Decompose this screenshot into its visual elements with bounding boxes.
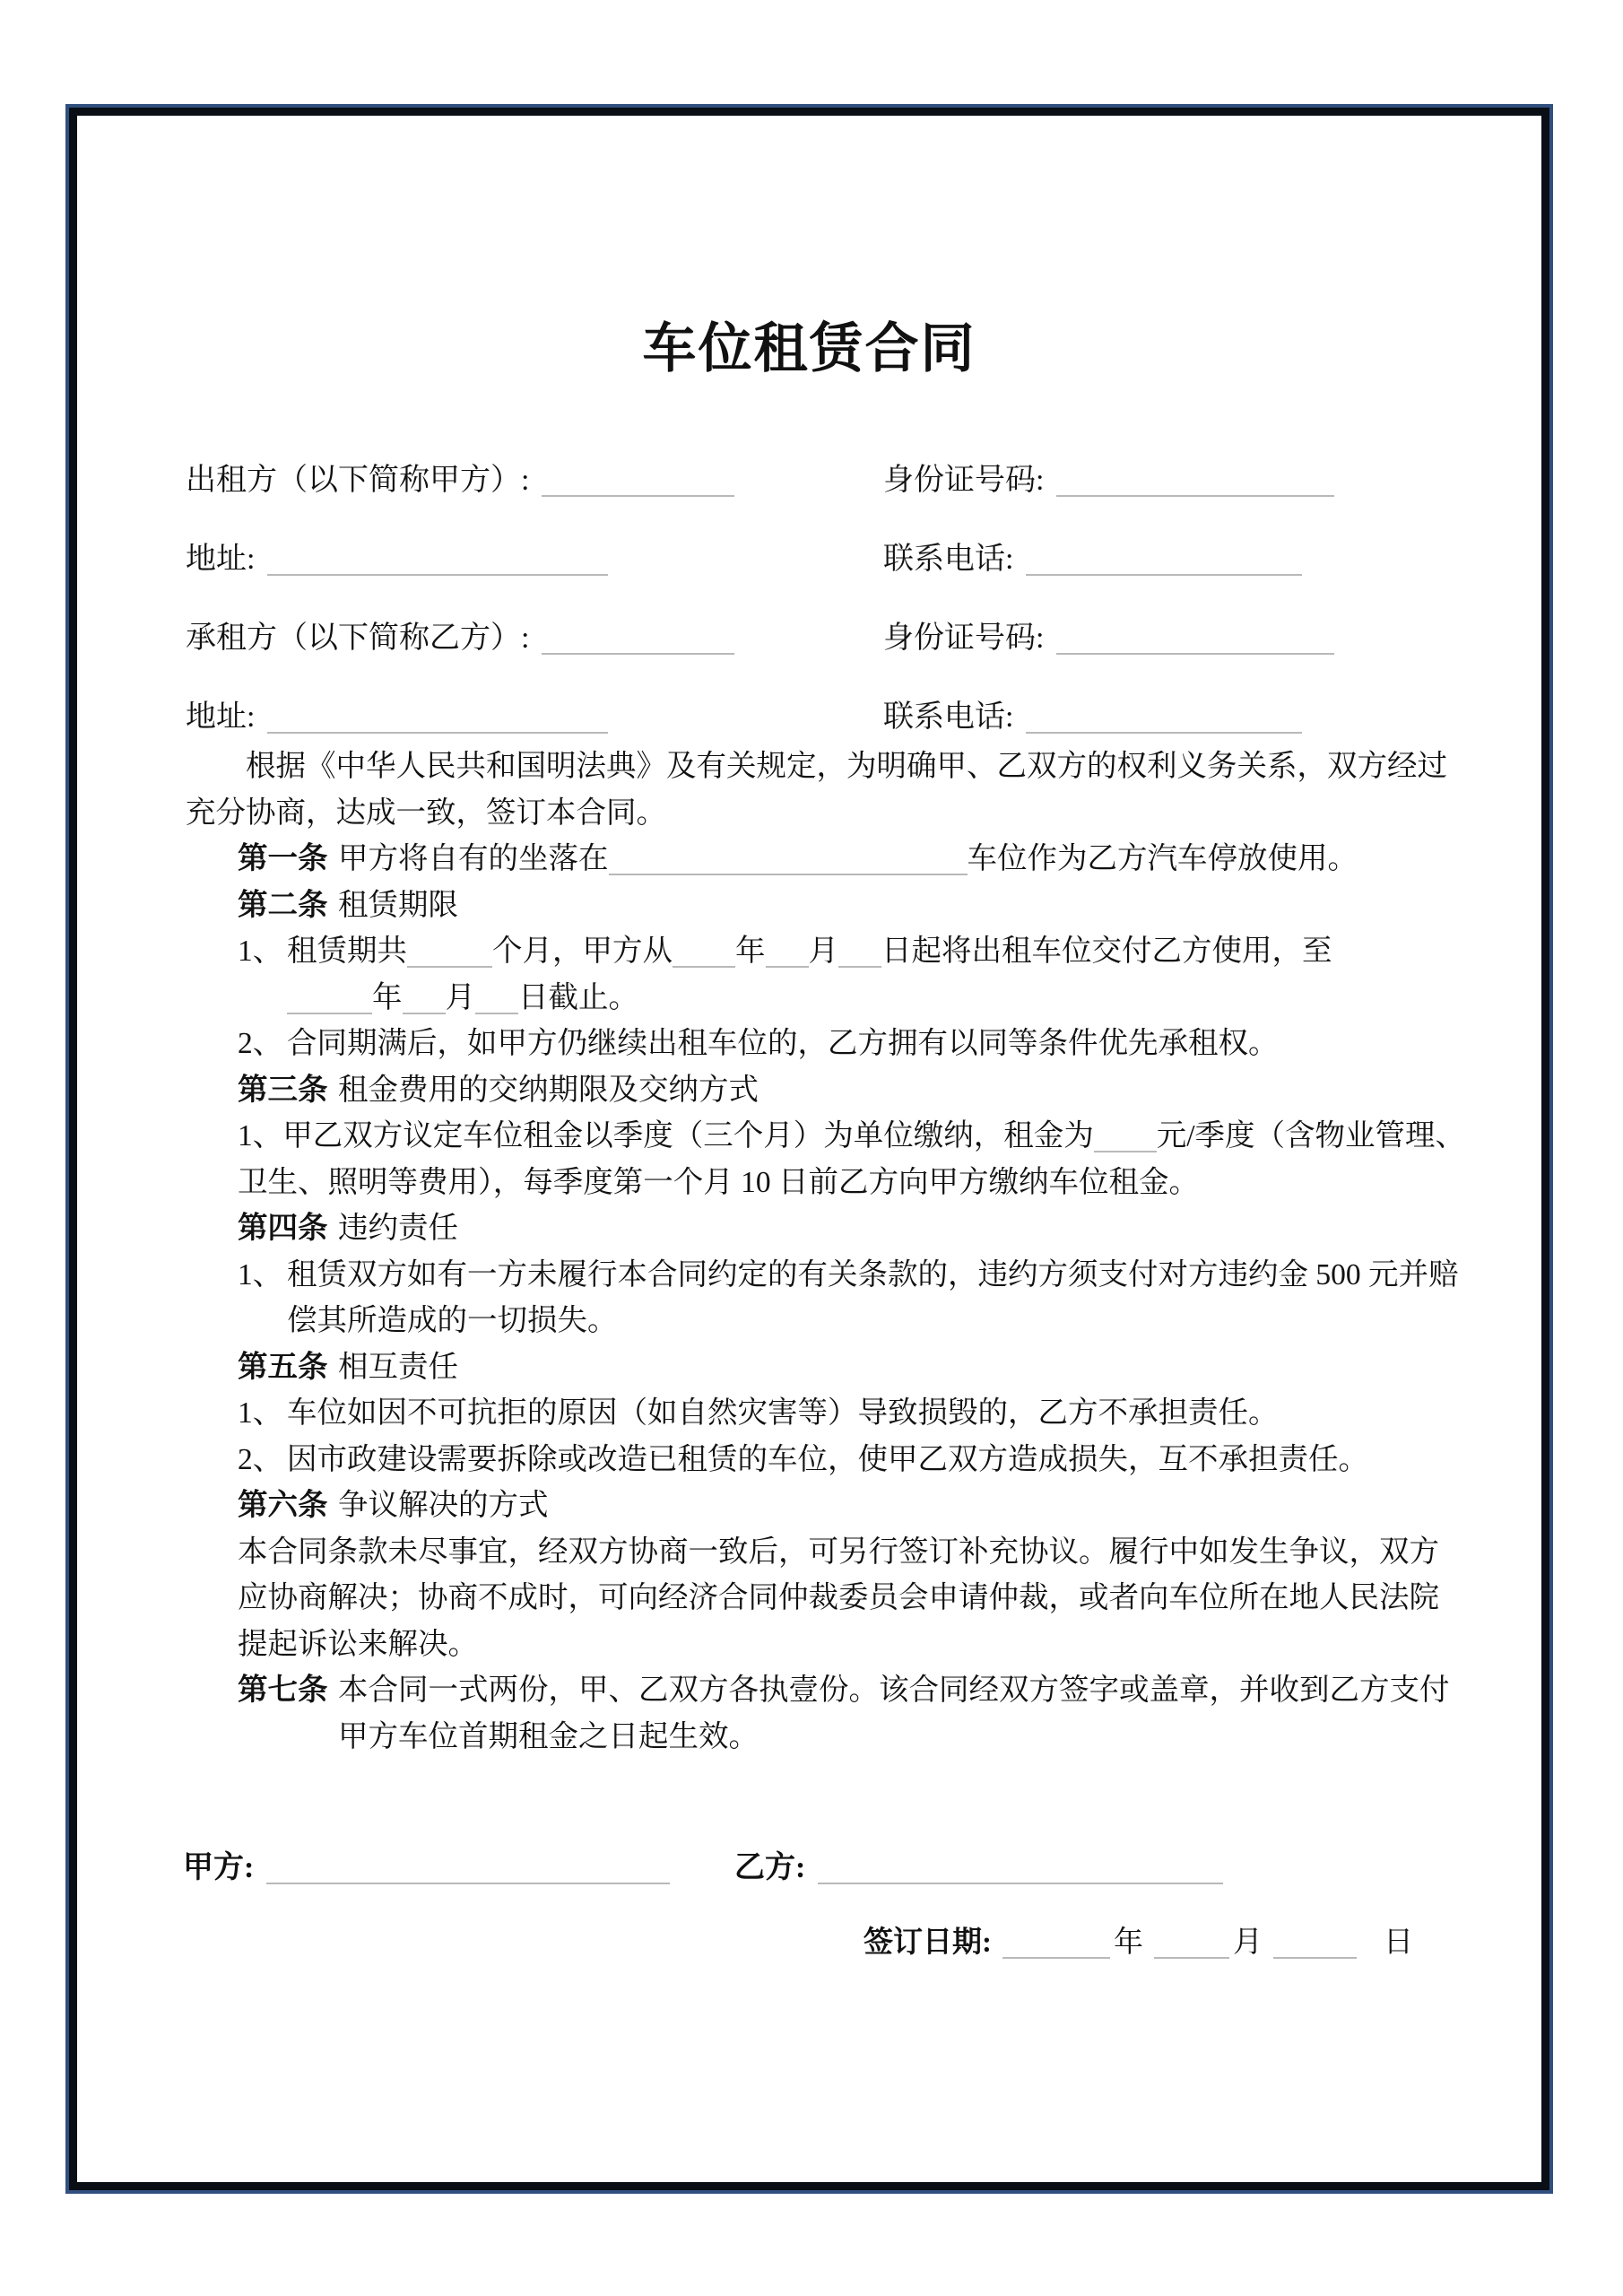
field-blank	[1056, 465, 1334, 497]
text-segment: 个月，甲方从	[492, 935, 673, 968]
party-info-fields: 出租方（以下简称甲方）:身份证号码:地址:联系电话:承租方（以下简称乙方）:身份…	[186, 455, 1515, 770]
numbered-item: 2、因市政建设需要拆除或改造已租赁的车位，使甲乙双方造成损失，互不承担责任。	[238, 1437, 1484, 1483]
field-label: 身份证号码:	[883, 622, 1044, 655]
text-segment: 卫生、照明等费用），每季度第一个月 10 日前乙方向甲方缴纳车位租金。	[238, 1166, 1199, 1199]
field-right: 联系电话:	[883, 691, 1302, 735]
text-segment: 车位如因不可抗拒的原因（如自然灾害等）导致损毁的，乙方不承担责任。	[287, 1396, 1279, 1430]
clause-number-label: 第三条	[238, 1067, 338, 1114]
year-char: 年	[1114, 1926, 1143, 1959]
clause-paragraph: 第三条租金费用的交纳期限及交纳方式	[238, 1067, 1484, 1114]
day-blank	[1273, 1927, 1357, 1959]
field-blank	[1056, 622, 1334, 655]
party-b-sign-blank	[818, 1852, 1223, 1884]
text-segment: 月	[446, 981, 476, 1014]
numbered-item: 1、租赁双方如有一方未履行本合同约定的有关条款的，违约方须支付对方违约金 500…	[238, 1252, 1484, 1344]
text-segment: 元/季度（含物业管理、	[1157, 1119, 1465, 1152]
clause-paragraph: 第一条甲方将自有的坐落在车位作为乙方汽车停放使用。	[238, 836, 1484, 883]
signing-date-row: 签订日期:年月日	[864, 1920, 1413, 1966]
intro-paragraph: 根据《中华人民共和国明法典》及有关规定，为明确甲、乙双方的权利义务关系，双方经过…	[186, 744, 1484, 836]
field-label: 联系电话:	[883, 543, 1013, 576]
field-right: 联系电话:	[883, 534, 1302, 578]
text-segment: 月	[809, 935, 839, 968]
signature-row: 甲方: 乙方:	[183, 1842, 1515, 1896]
item-marker: 1、	[238, 1390, 287, 1437]
field-row: 地址:联系电话:	[186, 534, 1515, 613]
fill-in-blank	[475, 982, 518, 1014]
fill-in-blank	[403, 982, 446, 1014]
fill-in-blank	[766, 936, 809, 969]
field-left: 承租方（以下简称乙方）:	[186, 613, 734, 657]
clause-paragraph: 第四条违约责任	[238, 1205, 1484, 1252]
field-blank	[1026, 544, 1302, 576]
text-segment: 合同期满后，如甲方仍继续出租车位的，乙方拥有以同等条件优先承租权。	[287, 1027, 1279, 1060]
party-a-signature: 甲方:	[183, 1842, 670, 1886]
text-segment: 租金费用的交纳期限及交纳方式	[338, 1074, 759, 1107]
field-label: 承租方（以下简称乙方）:	[186, 622, 529, 655]
text-segment: 违约责任	[338, 1212, 458, 1245]
clause-number-label: 第四条	[238, 1205, 338, 1252]
clause-number-label: 第二条	[238, 883, 338, 929]
signing-date-label: 签订日期:	[864, 1926, 992, 1959]
field-blank	[542, 622, 734, 655]
text-segment: 租赁期共	[287, 935, 407, 968]
month-char: 月	[1233, 1926, 1263, 1959]
contract-page: 车位租赁合同 出租方（以下简称甲方）:身份证号码:地址:联系电话:承租方（以下简…	[69, 108, 1549, 2190]
field-row: 出租方（以下简称甲方）:身份证号码:	[186, 455, 1515, 534]
text-segment: 因市政建设需要拆除或改造已租赁的车位，使甲乙双方造成损失，互不承担责任。	[287, 1443, 1368, 1476]
item-marker: 1、	[238, 928, 287, 975]
fill-in-blank	[407, 936, 492, 969]
text-segment: 偿其所造成的一切损失。	[287, 1304, 618, 1337]
field-left: 出租方（以下简称甲方）:	[186, 455, 734, 499]
clause-number-label: 第七条	[238, 1667, 338, 1714]
field-blank	[267, 544, 608, 576]
day-char: 日	[1384, 1926, 1413, 1959]
clause-number-label: 第六条	[238, 1483, 338, 1529]
party-b-signature: 乙方:	[734, 1842, 1223, 1886]
fill-in-blank	[287, 982, 372, 1014]
text-segment: 年	[372, 981, 403, 1014]
field-blank	[1026, 701, 1302, 734]
text-segment: 提起诉讼来解决。	[238, 1628, 478, 1661]
fill-in-blank	[1094, 1121, 1157, 1153]
contract-body: 根据《中华人民共和国明法典》及有关规定，为明确甲、乙双方的权利义务关系，双方经过…	[186, 744, 1484, 1760]
contract-content: 车位租赁合同 出租方（以下简称甲方）:身份证号码:地址:联系电话:承租方（以下简…	[77, 116, 1541, 2182]
numbered-item: 2、合同期满后，如甲方仍继续出租车位的，乙方拥有以同等条件优先承租权。	[238, 1021, 1484, 1067]
text-segment: 租赁期限	[338, 889, 458, 922]
text-segment: 本合同一式两份，甲、乙双方各执壹份。该合同经双方签字或盖章，并收到乙方支付	[338, 1674, 1450, 1707]
text-segment: 充分协商，达成一致，签订本合同。	[186, 796, 666, 830]
fill-in-blank	[673, 936, 735, 969]
text-segment: 车位作为乙方汽车停放使用。	[968, 842, 1358, 875]
screenshot-root: { "page": { "title": "车位租赁合同", "backgrou…	[0, 0, 1623, 2296]
clause-paragraph: 第二条租赁期限	[238, 883, 1484, 929]
party-a-sign-label: 甲方:	[183, 1851, 254, 1884]
text-segment: 根据《中华人民共和国明法典》及有关规定，为明确甲、乙双方的权利义务关系，双方经过	[246, 750, 1447, 783]
text-segment: 甲方将自有的坐落在	[338, 842, 609, 875]
clause-number-label: 第一条	[238, 836, 338, 883]
field-right: 身份证号码:	[883, 455, 1334, 499]
party-a-sign-blank	[266, 1852, 670, 1884]
clause-paragraph: 第七条本合同一式两份，甲、乙双方各执壹份。该合同经双方签字或盖章，并收到乙方支付…	[238, 1667, 1484, 1760]
body-paragraph: 1、甲乙双方议定车位租金以季度（三个月）为单位缴纳，租金为元/季度（含物业管理、…	[238, 1113, 1484, 1205]
text-segment: 1、甲乙双方议定车位租金以季度（三个月）为单位缴纳，租金为	[238, 1119, 1094, 1152]
field-blank	[267, 701, 608, 734]
text-segment: 租赁双方如有一方未履行本合同约定的有关条款的，违约方须支付对方违约金 500 元…	[287, 1258, 1459, 1291]
item-marker: 1、	[238, 1252, 287, 1299]
text-segment: 日截止。	[518, 981, 638, 1014]
contract-title: 车位租赁合同	[77, 306, 1541, 383]
field-label: 联系电话:	[883, 700, 1013, 734]
field-label: 地址:	[186, 543, 255, 576]
fill-in-blank	[838, 936, 881, 969]
numbered-item: 1、车位如因不可抗拒的原因（如自然灾害等）导致损毁的，乙方不承担责任。	[238, 1390, 1484, 1437]
numbered-item: 1、租赁期共个月，甲方从年月日起将出租车位交付乙方使用，至年月日截止。	[238, 928, 1484, 1021]
item-marker: 2、	[238, 1437, 287, 1483]
month-blank	[1154, 1927, 1229, 1959]
field-right: 身份证号码:	[883, 613, 1334, 657]
year-blank	[1002, 1927, 1110, 1959]
fill-in-blank	[609, 844, 968, 876]
clause-number-label: 第五条	[238, 1344, 338, 1391]
party-b-sign-label: 乙方:	[734, 1851, 805, 1884]
text-segment: 争议解决的方式	[338, 1489, 549, 1522]
field-left: 地址:	[186, 691, 608, 735]
clause-paragraph: 第五条相互责任	[238, 1344, 1484, 1391]
text-segment: 应协商解决；协商不成时，可向经济合同仲裁委员会申请仲裁，或者向车位所在地人民法院	[238, 1581, 1439, 1614]
field-row: 承租方（以下简称乙方）:身份证号码:	[186, 613, 1515, 691]
field-label: 地址:	[186, 700, 255, 734]
field-left: 地址:	[186, 534, 608, 578]
text-segment: 日起将出租车位交付乙方使用，至	[881, 935, 1332, 968]
text-segment: 相互责任	[338, 1351, 458, 1384]
text-segment: 年	[735, 935, 766, 968]
text-segment: 甲方车位首期租金之日起生效。	[338, 1720, 759, 1753]
body-paragraph: 本合同条款未尽事宜，经双方协商一致后，可另行签订补充协议。履行中如发生争议，双方…	[238, 1529, 1484, 1668]
field-label: 出租方（以下简称甲方）:	[186, 464, 529, 497]
field-blank	[542, 465, 734, 497]
item-marker: 2、	[238, 1021, 287, 1067]
clause-paragraph: 第六条争议解决的方式	[238, 1483, 1484, 1529]
text-segment: 本合同条款未尽事宜，经双方协商一致后，可另行签订补充协议。履行中如发生争议，双方	[238, 1535, 1439, 1569]
field-label: 身份证号码:	[883, 464, 1044, 497]
